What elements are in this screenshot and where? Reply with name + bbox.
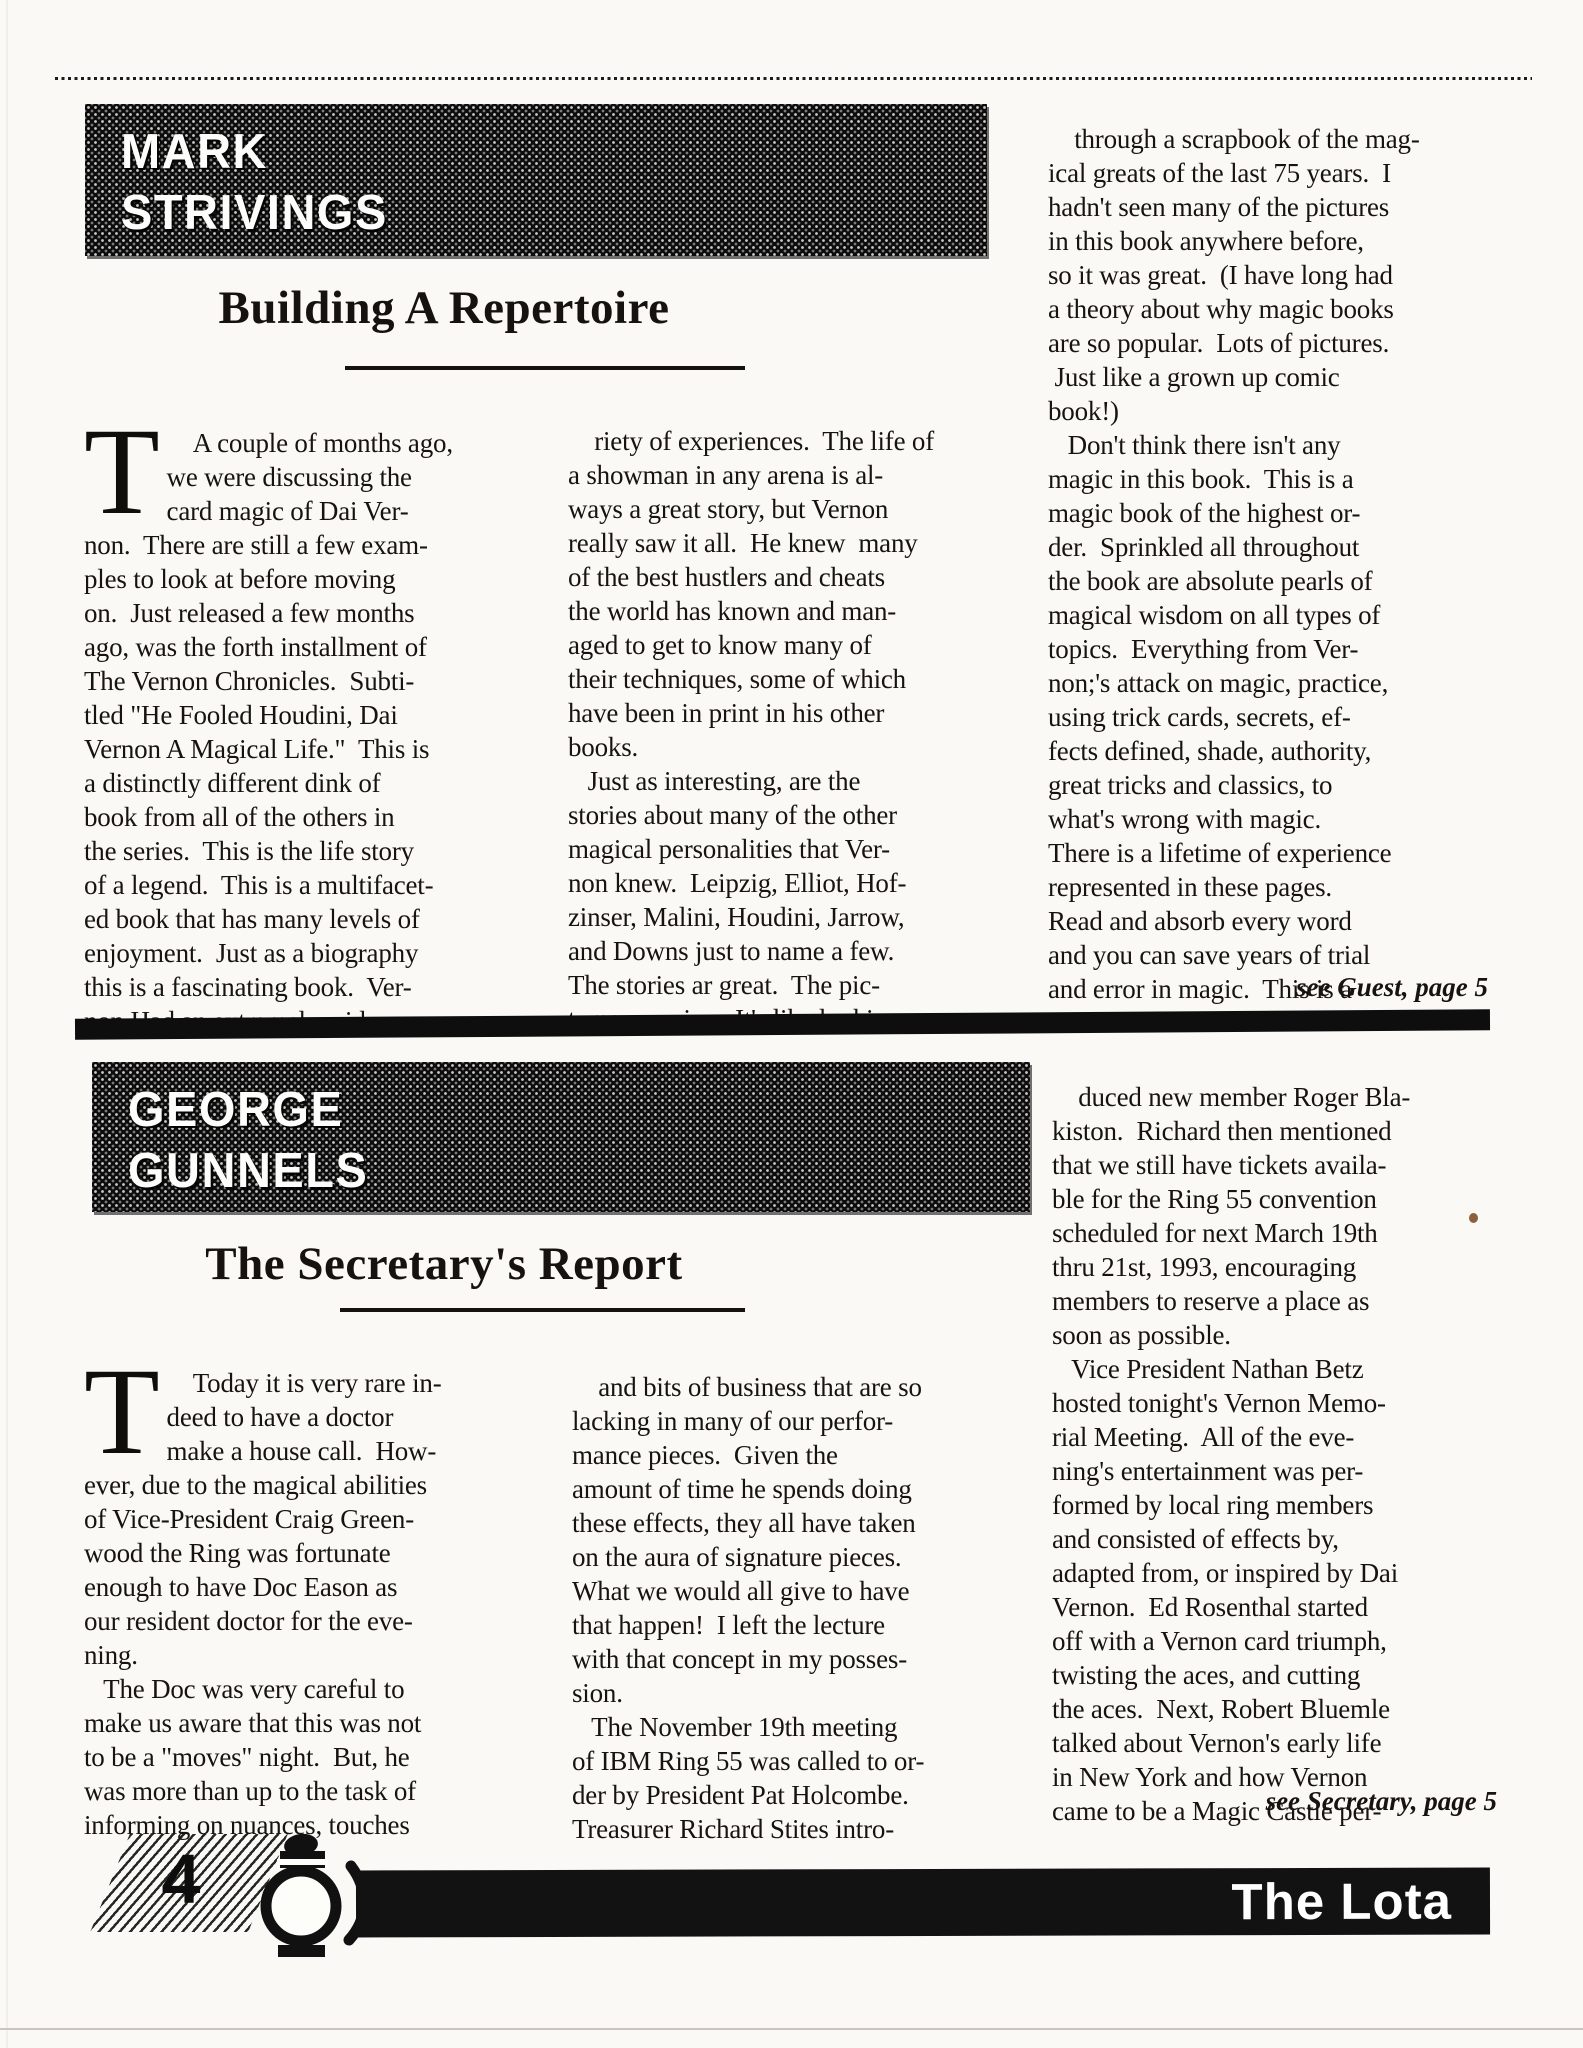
footer-brand-label: The Lota	[1231, 1873, 1452, 1931]
article2-jumpline: see Secretary, page 5	[1052, 1786, 1497, 1817]
article1-headline-rule	[345, 366, 745, 370]
article1-column-3-text: through a scrapbook of the mag- ical gre…	[1048, 124, 1420, 1004]
author-name: MARK STRIVINGS	[121, 120, 388, 243]
article2-column-1: TToday it is very rare in- deed to have …	[84, 1332, 519, 1876]
article2-column-2-text: and bits of business that are so lacking…	[572, 1372, 924, 1844]
author-name: GEORGE GUNNELS	[128, 1078, 368, 1201]
author-banner-george-gunnels: GEORGE GUNNELS	[92, 1062, 1030, 1212]
article1-column-3: through a scrapbook of the mag- ical gre…	[1048, 88, 1488, 1040]
article1-dropcap: T	[84, 426, 167, 524]
author-banner-mark-strivings: MARK STRIVINGS	[85, 104, 987, 256]
article2-column-3: duced new member Roger Bla- kiston. Rich…	[1052, 1046, 1497, 1862]
article2-headline: The Secretary's Report	[84, 1238, 804, 1290]
article1-headline: Building A Repertoire	[84, 282, 804, 334]
page-number: 4	[146, 1836, 216, 1922]
paper-fold-line	[6, 0, 8, 2048]
footer-brand-bar: The Lota	[356, 1868, 1490, 1938]
article1-column-1: TA couple of months ago, we were discuss…	[84, 392, 514, 1072]
article1-column-2-text: riety of experiences. The life of a show…	[568, 426, 934, 1034]
newsletter-page: MARK STRIVINGS Building A Repertoire TA …	[0, 0, 1583, 2048]
article2-headline-rule	[340, 1308, 745, 1312]
article2-column-2: and bits of business that are so lacking…	[572, 1336, 1007, 1880]
article1-jumpline: see Guest, page 5	[1048, 972, 1488, 1003]
article2-column-3-text: duced new member Roger Bla- kiston. Rich…	[1052, 1082, 1410, 1826]
page-bottom-edge	[0, 2028, 1583, 2030]
scan-speck	[1469, 1213, 1478, 1223]
lota-lamp-icon	[238, 1830, 372, 1970]
article1-column-2: riety of experiences. The life of a show…	[568, 390, 998, 1070]
top-dotted-rule	[55, 76, 1532, 80]
article2-dropcap: T	[84, 1366, 167, 1464]
